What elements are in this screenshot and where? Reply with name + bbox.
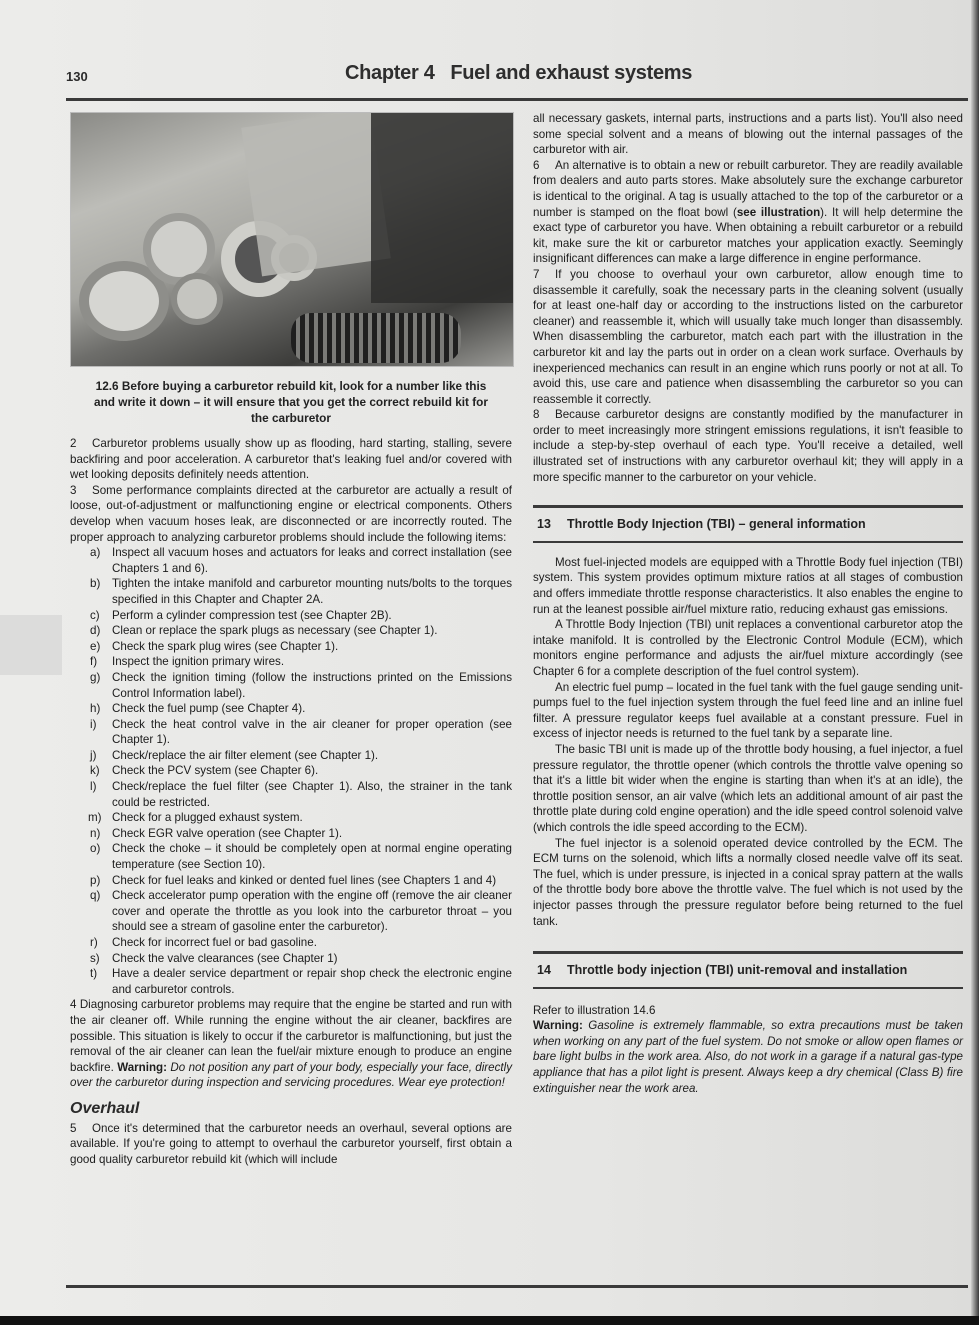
paragraph-4: 4 Diagnosing carburetor problems may req… <box>70 997 512 1091</box>
section-14-header: 14Throttle body injection (TBI) unit-rem… <box>533 951 963 989</box>
page-number: 130 <box>66 69 88 84</box>
paragraph-text: Some performance complaints directed at … <box>70 484 512 544</box>
figure-caption: 12.6 Before buying a carburetor rebuild … <box>70 378 512 426</box>
list-item: g)Check the ignition timing (follow the … <box>70 670 512 701</box>
paragraph-3: 3Some performance complaints directed at… <box>70 483 512 545</box>
warning-label: Warning: <box>533 1019 583 1032</box>
paragraph-number: 7 <box>533 267 555 283</box>
section-13-body: Most fuel-injected models are equipped w… <box>533 555 963 929</box>
list-item: e)Check the spark plug wires (see Chapte… <box>70 639 512 655</box>
paragraph-number: 3 <box>70 483 92 499</box>
paragraph-6: 6An alternative is to obtain a new or re… <box>533 158 963 267</box>
warning-label: Warning: <box>117 1061 167 1074</box>
list-item: n)Check EGR valve operation (see Chapter… <box>70 826 512 842</box>
paragraph-2: 2Carburetor problems usually show up as … <box>70 436 512 483</box>
section-13-title: 13Throttle Body Injection (TBI) – genera… <box>533 508 963 541</box>
list-item: j)Check/replace the air filter element (… <box>70 748 512 764</box>
paragraph-8: 8Because carburetor designs are constant… <box>533 407 963 485</box>
scan-bottom-edge <box>0 1316 979 1325</box>
paragraph: An electric fuel pump – located in the f… <box>533 680 963 742</box>
paragraph-number: 6 <box>533 158 555 174</box>
list-item: i)Check the heat control valve in the ai… <box>70 717 512 748</box>
section-divider <box>533 987 963 989</box>
paragraph: Most fuel-injected models are equipped w… <box>533 555 963 617</box>
scan-edge-shadow <box>971 0 979 1325</box>
list-item: p)Check for fuel leaks and kinked or den… <box>70 873 512 889</box>
paragraph: A Throttle Body Injection (TBI) unit rep… <box>533 617 963 679</box>
paragraph: The fuel injector is a solenoid operated… <box>533 836 963 930</box>
paragraph-number: 4 <box>70 998 76 1011</box>
list-item: s)Check the valve clearances (see Chapte… <box>70 951 512 967</box>
paragraph-text: Because carburetor designs are constantl… <box>533 408 963 483</box>
list-item: c)Perform a cylinder compression test (s… <box>70 608 512 624</box>
header-divider <box>66 98 968 101</box>
list-item: q)Check accelerator pump operation with … <box>70 888 512 935</box>
warning: Warning: Gasoline is extremely flammable… <box>533 1018 963 1096</box>
footer-divider <box>66 1285 968 1288</box>
paragraph-7: 7If you choose to overhaul your own carb… <box>533 267 963 407</box>
section-divider <box>533 541 963 543</box>
section-14-body: Refer to illustration 14.6 Warning: Gaso… <box>533 1003 963 1097</box>
right-column: all necessary gaskets, internal parts, i… <box>533 111 963 1096</box>
list-item: h)Check the fuel pump (see Chapter 4). <box>70 701 512 717</box>
illustration-reference: Refer to illustration 14.6 <box>533 1003 963 1019</box>
checklist: a)Inspect all vacuum hoses and actuators… <box>70 545 512 997</box>
paragraph-5: 5Once it's determined that the carbureto… <box>70 1121 512 1168</box>
list-item: m)Check for a plugged exhaust system. <box>70 810 512 826</box>
list-item: o)Check the choke – it should be complet… <box>70 841 512 872</box>
list-item: a)Inspect all vacuum hoses and actuators… <box>70 545 512 576</box>
paragraph-number: 5 <box>70 1121 92 1137</box>
list-item: f)Inspect the ignition primary wires. <box>70 654 512 670</box>
list-item: k)Check the PCV system (see Chapter 6). <box>70 763 512 779</box>
list-item: b)Tighten the intake manifold and carbur… <box>70 576 512 607</box>
section-13-header: 13Throttle Body Injection (TBI) – genera… <box>533 505 963 543</box>
carburetor-photo-icon <box>71 113 513 366</box>
section-14-title: 14Throttle body injection (TBI) unit-rem… <box>533 954 963 987</box>
left-column: 12.6 Before buying a carburetor rebuild … <box>70 112 512 1167</box>
paragraph: The basic TBI unit is made up of the thr… <box>533 742 963 836</box>
paragraph-text: If you choose to overhaul your own carbu… <box>533 268 963 406</box>
list-item: r)Check for incorrect fuel or bad gasoli… <box>70 935 512 951</box>
page-margin-shadow <box>0 615 62 675</box>
chapter-title: Chapter 4 Fuel and exhaust systems <box>345 62 692 85</box>
paragraph-text: Once it's determined that the carburetor… <box>70 1122 512 1166</box>
paragraph-number: 8 <box>533 407 555 423</box>
page-header: 130 Chapter 4 Fuel and exhaust systems <box>66 62 966 92</box>
list-item: l)Check/replace the fuel filter (see Cha… <box>70 779 512 810</box>
see-illustration-ref: see illustration <box>737 206 820 219</box>
paragraph-text: Carburetor problems usually show up as f… <box>70 437 512 481</box>
paragraph-5-continued: all necessary gaskets, internal parts, i… <box>533 111 963 158</box>
list-item: d)Clean or replace the spark plugs as ne… <box>70 623 512 639</box>
list-item: t)Have a dealer service department or re… <box>70 966 512 997</box>
figure-12-6 <box>70 112 514 367</box>
warning-text: Gasoline is extremely flammable, so extr… <box>533 1019 963 1094</box>
paragraph-number: 2 <box>70 436 92 452</box>
overhaul-heading: Overhaul <box>70 1101 512 1117</box>
